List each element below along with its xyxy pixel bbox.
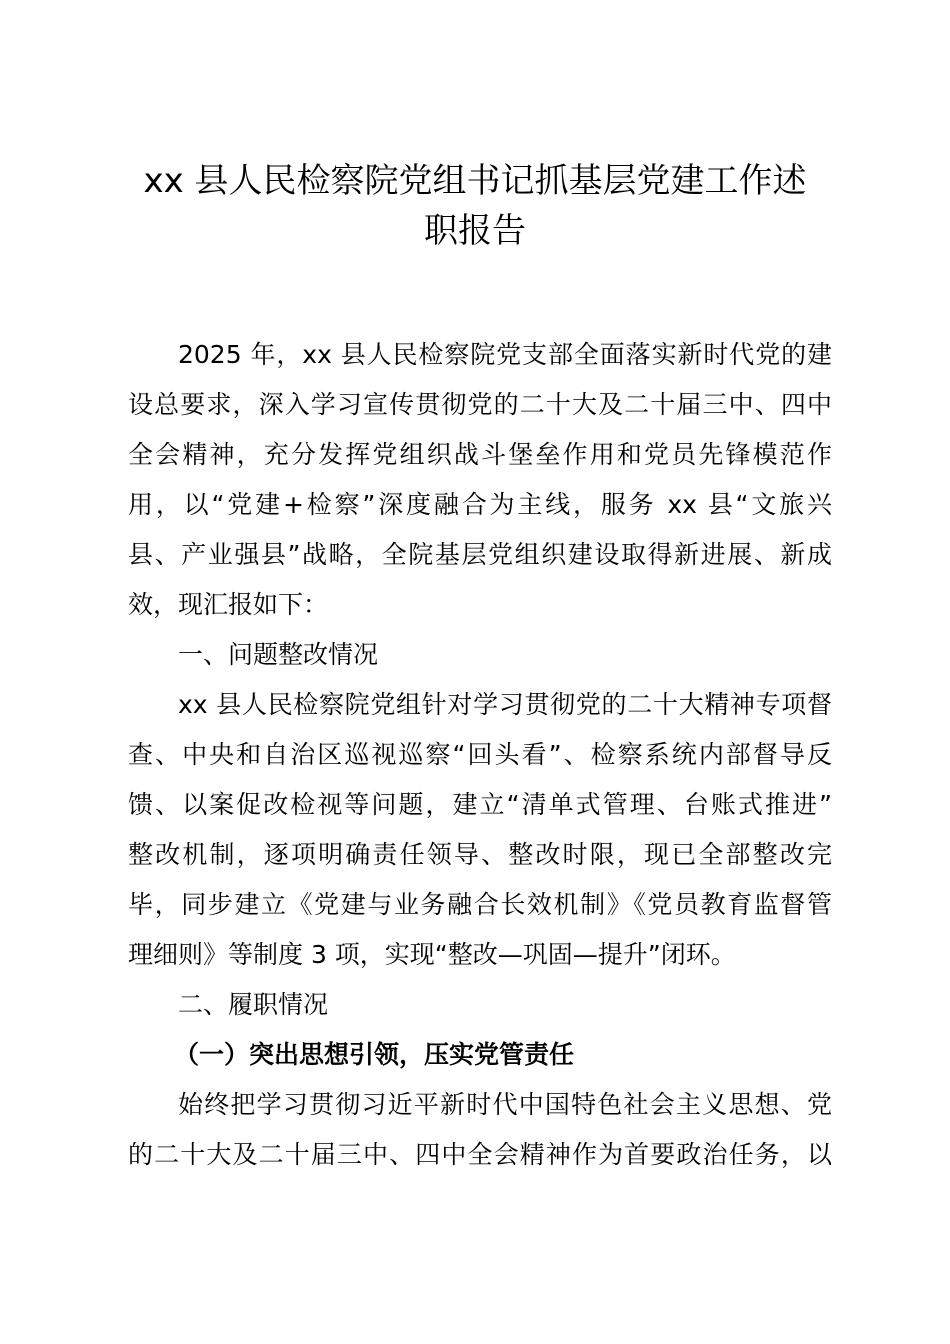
text-line: 查、中央和自治区巡视巡察“回头看”、检察系统内部督导反 [128, 730, 832, 780]
section-heading-1: 一、问题整改情况 [128, 630, 832, 680]
title-line-1: xx 县人民检察院党组书记抓基层党建工作述 [100, 156, 850, 206]
text-line: xx 县人民检察院党组针对学习贯彻党的二十大精神专项督 [128, 680, 832, 730]
document-page: xx 县人民检察院党组书记抓基层党建工作述 职报告 2025 年，xx 县人民检… [0, 0, 950, 1344]
text-line: 2025 年，xx 县人民检察院党支部全面落实新时代党的建 [128, 330, 832, 380]
text-line: 全会精神，充分发挥党组织战斗堡垒作用和党员先锋模范作 [128, 430, 832, 480]
subsection-heading-1: （一）突出思想引领，压实党管责任 [128, 1030, 832, 1080]
text-line: 用，以“党建+检察”深度融合为主线，服务 xx 县“文旅兴 [128, 480, 832, 530]
text-line: 整改机制，逐项明确责任领导、整改时限，现已全部整改完 [128, 830, 832, 880]
text-line: 设总要求，深入学习宣传贯彻党的二十大及二十届三中、四中 [128, 380, 832, 430]
document-body: 2025 年，xx 县人民检察院党支部全面落实新时代党的建 设总要求，深入学习宣… [128, 330, 832, 1180]
section-heading-2: 二、履职情况 [128, 980, 832, 1030]
text-line: 效，现汇报如下： [128, 580, 832, 630]
paragraph-rectification: xx 县人民检察院党组针对学习贯彻党的二十大精神专项督 查、中央和自治区巡视巡察… [128, 680, 832, 980]
text-line: 始终把学习贯彻习近平新时代中国特色社会主义思想、党 [128, 1080, 832, 1130]
text-line: 毕，同步建立《党建与业务融合长效机制》《党员教育监督管 [128, 880, 832, 930]
document-title: xx 县人民检察院党组书记抓基层党建工作述 职报告 [100, 156, 850, 256]
paragraph-ideology: 始终把学习贯彻习近平新时代中国特色社会主义思想、党 的二十大及二十届三中、四中全… [128, 1080, 832, 1180]
paragraph-intro: 2025 年，xx 县人民检察院党支部全面落实新时代党的建 设总要求，深入学习宣… [128, 330, 832, 630]
text-line: 县、产业强县”战略，全院基层党组织建设取得新进展、新成 [128, 530, 832, 580]
title-line-2: 职报告 [100, 206, 850, 256]
text-line: 馈、以案促改检视等问题，建立“清单式管理、台账式推进” [128, 780, 832, 830]
text-line: 理细则》等制度 3 项，实现“整改—巩固—提升”闭环。 [128, 930, 832, 980]
text-line: 的二十大及二十届三中、四中全会精神作为首要政治任务，以 [128, 1130, 832, 1180]
